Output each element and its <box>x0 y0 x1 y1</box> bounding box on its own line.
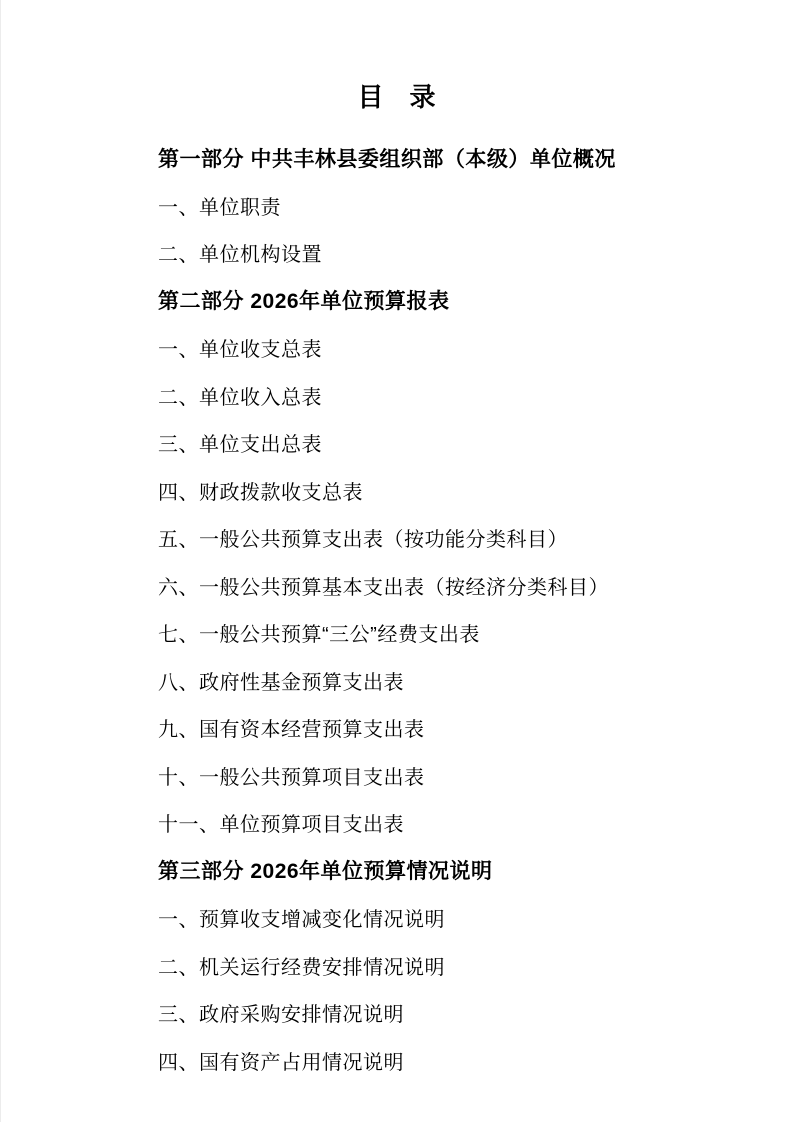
document-page: 目 录 第一部分 中共丰林县委组织部（本级）单位概况一、单位职责二、单位机构设置… <box>0 0 793 1122</box>
toc-entry: 三、单位支出总表 <box>158 419 763 467</box>
toc-entry: 二、机关运行经费安排情况说明 <box>158 942 763 990</box>
toc-entry: 四、国有资产占用情况说明 <box>158 1037 763 1085</box>
toc-entry: 九、国有资本经营预算支出表 <box>158 704 763 752</box>
toc-entry: 一、单位职责 <box>158 182 763 230</box>
toc-entry: 二、单位机构设置 <box>158 229 763 277</box>
toc-entry: 二、单位收入总表 <box>158 372 763 420</box>
page-title: 目 录 <box>0 83 793 111</box>
toc-entry: 五、一般公共预算支出表（按功能分类科目） <box>158 514 763 562</box>
toc-entry: 三、政府采购安排情况说明 <box>158 989 763 1037</box>
toc-entry: 一、预算收支增减变化情况说明 <box>158 894 763 942</box>
table-of-contents: 第一部分 中共丰林县委组织部（本级）单位概况一、单位职责二、单位机构设置第二部分… <box>158 134 763 1084</box>
toc-entry: 十、一般公共预算项目支出表 <box>158 752 763 800</box>
toc-entry: 六、一般公共预算基本支出表（按经济分类科目） <box>158 562 763 610</box>
toc-section-heading: 第二部分 2026年单位预算报表 <box>158 277 763 325</box>
toc-entry: 七、一般公共预算“三公”经费支出表 <box>158 609 763 657</box>
toc-entry: 八、政府性基金预算支出表 <box>158 657 763 705</box>
toc-entry: 十一、单位预算项目支出表 <box>158 799 763 847</box>
toc-entry: 四、财政拨款收支总表 <box>158 467 763 515</box>
toc-entry: 一、单位收支总表 <box>158 324 763 372</box>
toc-section-heading: 第一部分 中共丰林县委组织部（本级）单位概况 <box>158 134 763 182</box>
toc-section-heading: 第三部分 2026年单位预算情况说明 <box>158 847 763 895</box>
